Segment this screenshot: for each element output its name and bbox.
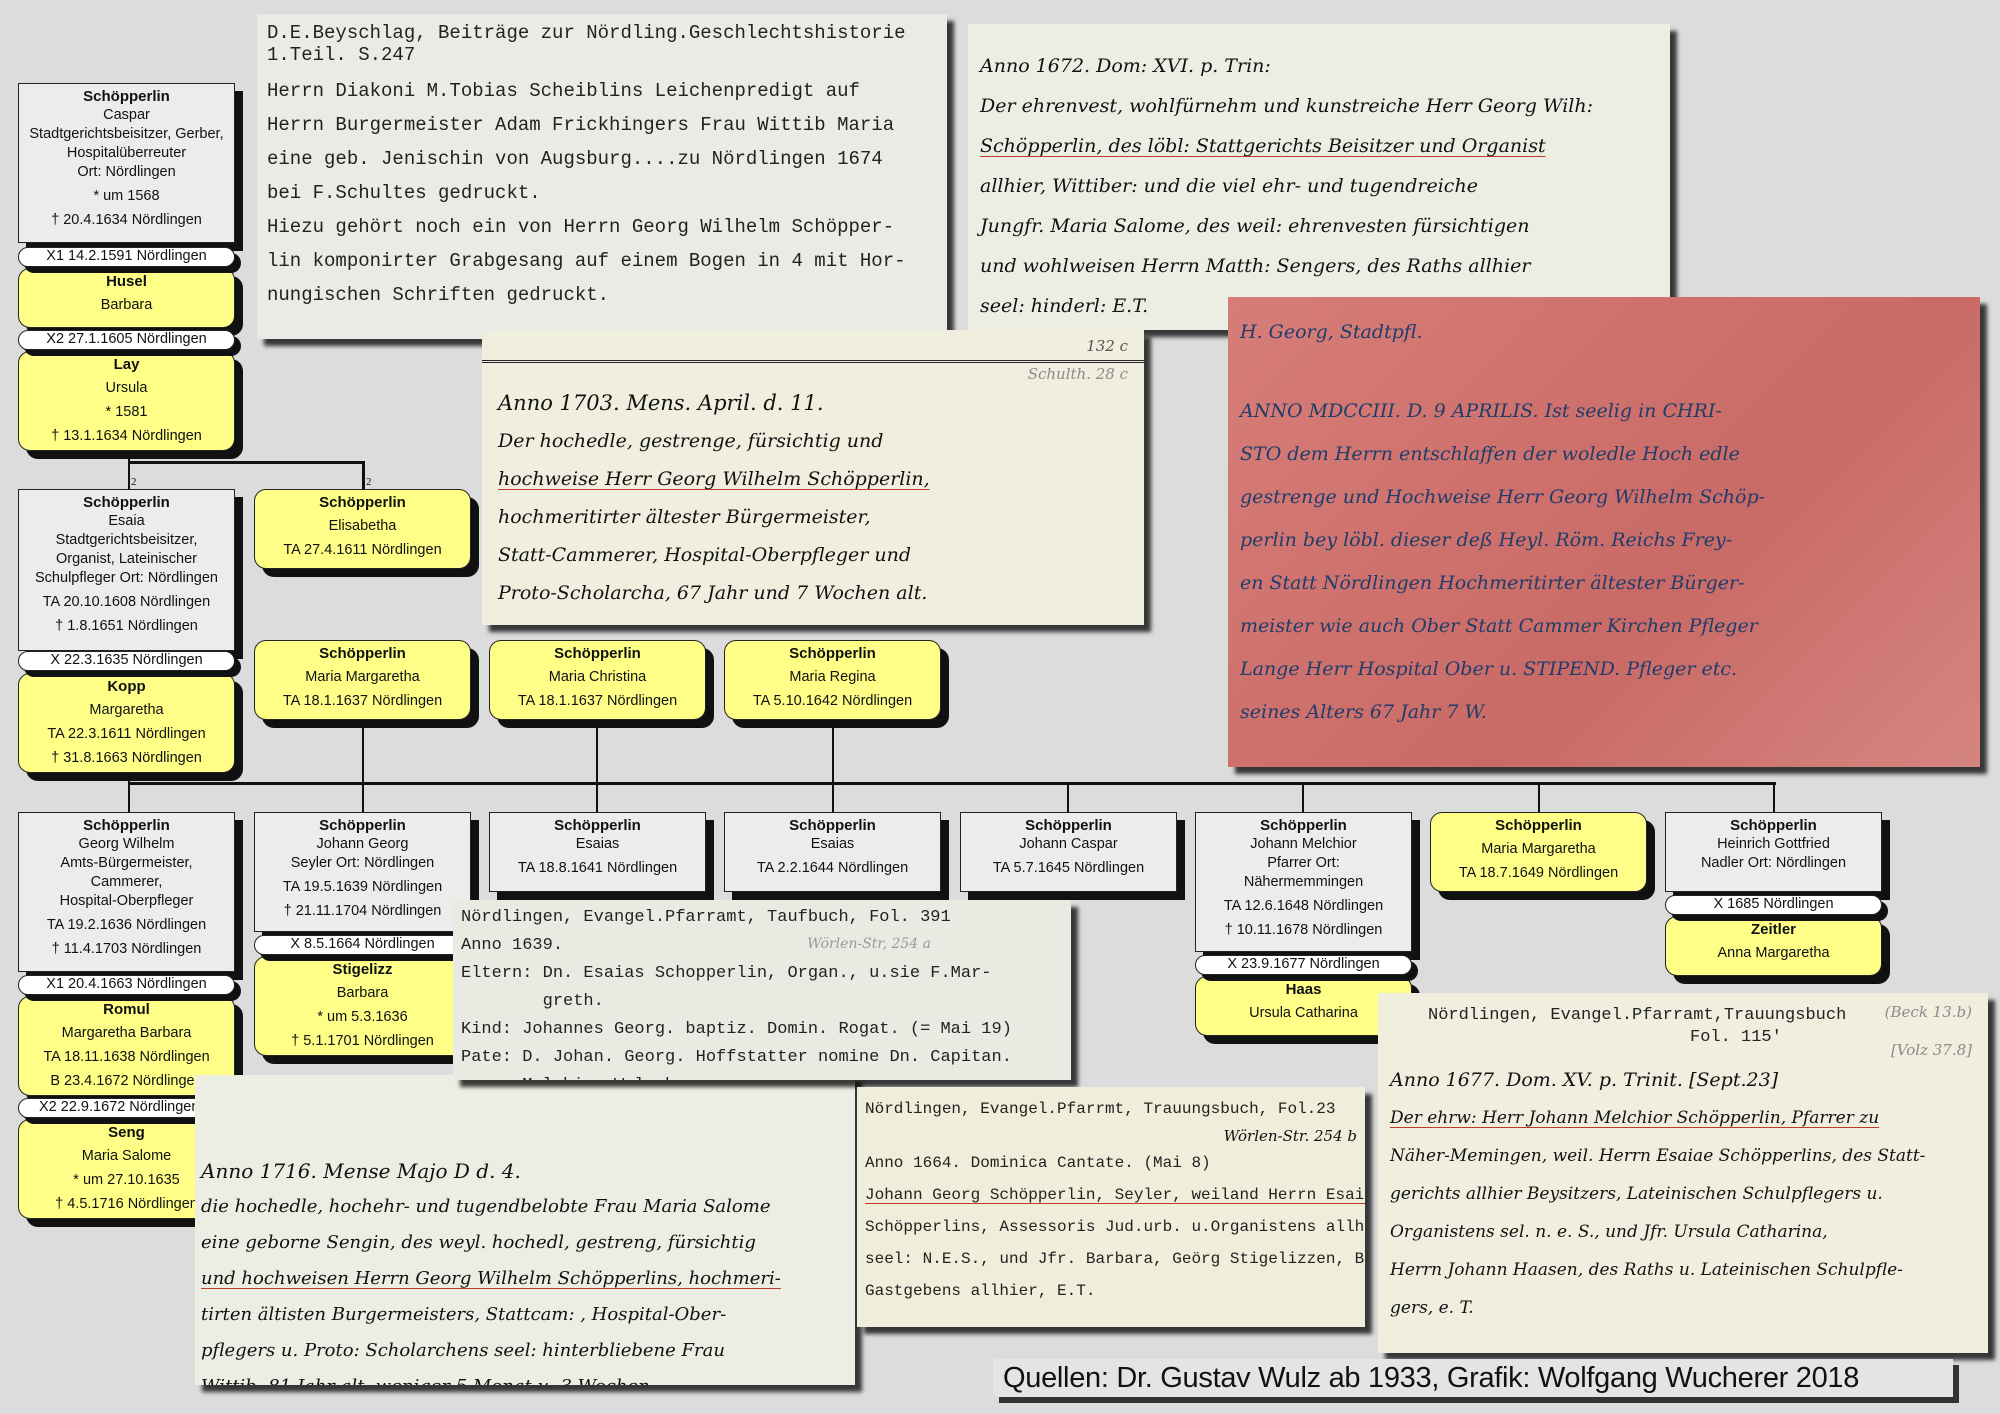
surname: Schöpperlin: [729, 644, 936, 663]
doc-line: hochmeritirter ältester Bürgermeister,: [498, 498, 1128, 536]
given-name: Barbara: [23, 296, 230, 315]
marriage-label: X 8.5.1664 Nördlingen: [254, 935, 471, 955]
given-name: Johann Georg: [259, 835, 466, 854]
doc-line: Eltern: Dn. Esaias Schopperlin, Organ., …: [461, 960, 1063, 988]
doc-line: tirten ältisten Burgermeisters, Stattcam…: [201, 1297, 849, 1333]
connector: [1067, 782, 1069, 812]
death: † 31.8.1663 Nördlingen: [23, 749, 230, 768]
doc-line: nungischen Schriften gedruckt.: [267, 284, 937, 306]
document-taufbuch-1639: Nördlingen, Evangel.Pfarramt, Taufbuch, …: [453, 900, 1071, 1080]
doc-line: 1.Teil. S.247: [267, 44, 937, 66]
occupation: Nadler Ort: Nördlingen: [1670, 854, 1877, 873]
doc-line: Schöpperlins, Assessoris Jud.urb. u.Orga…: [865, 1211, 1357, 1243]
given-name: Johann Caspar: [965, 835, 1172, 854]
doc-line: lin komponirter Grabgesang auf einem Bog…: [267, 250, 937, 272]
doc-line: Organistens sel. n. e. S., und Jfr. Ursu…: [1390, 1213, 1976, 1251]
baptism: TA 18.1.1637 Nördlingen: [494, 692, 701, 711]
connector: [128, 451, 130, 492]
surname: Schöpperlin: [1200, 816, 1407, 835]
birth: * um 1568: [23, 187, 230, 206]
person-stigelizz-barbara[interactable]: Stigelizz Barbara * um 5.3.1636 † 5.1.17…: [254, 956, 471, 1056]
given-name: Maria Margaretha: [259, 668, 466, 687]
baptism: TA 18.7.1649 Nördlingen: [1435, 864, 1642, 883]
person-maria-christina[interactable]: Schöpperlin Maria Christina TA 18.1.1637…: [489, 640, 706, 720]
doc-line: Hiezu gehört noch ein von Herrn Georg Wi…: [267, 216, 937, 238]
person-johann-georg[interactable]: Schöpperlin Johann Georg Seyler Ort: Nör…: [254, 812, 471, 932]
doc-line: Herrn Diakoni M.Tobias Scheiblins Leiche…: [267, 80, 937, 102]
reference-note: [Volz 37.8]: [1891, 1041, 1972, 1059]
death: † 1.8.1651 Nördlingen: [23, 617, 230, 636]
surname: Lay: [23, 355, 230, 374]
doc-header: Fol. 115': [1390, 1027, 1976, 1049]
birth: * um 5.3.1636: [259, 1008, 466, 1027]
person-husel-barbara[interactable]: Husel Barbara: [18, 268, 235, 328]
death: † 20.4.1634 Nördlingen: [23, 211, 230, 230]
surname: Schöpperlin: [23, 493, 230, 512]
baptism: TA 5.7.1645 Nördlingen: [965, 859, 1172, 878]
doc-line: hochweise Herr Georg Wilhelm Schöpperlin…: [498, 460, 1128, 498]
doc-line: Anno 1703. Mens. April. d. 11.: [498, 384, 1128, 422]
source-credit: Quellen: Dr. Gustav Wulz ab 1933, Grafik…: [993, 1359, 1953, 1397]
marriage-label: X 22.3.1635 Nördlingen: [18, 651, 235, 671]
person-caspar[interactable]: Schöpperlin Caspar Stadtgerichtsbeisitze…: [18, 83, 235, 243]
baptism: TA 12.6.1648 Nördlingen: [1200, 897, 1407, 916]
baptism: TA 20.10.1608 Nördlingen: [23, 593, 230, 612]
baptism: TA 5.10.1642 Nördlingen: [729, 692, 936, 711]
given-name: Heinrich Gottfried: [1670, 835, 1877, 854]
marriage-label: X1 14.2.1591 Nördlingen: [18, 247, 235, 267]
doc-line: Anno 1639.: [461, 932, 1063, 960]
baptism: TA 18.11.1638 Nördlingen: [23, 1048, 230, 1067]
doc-line: ANNO MDCCIII. D. 9 APRILIS. Ist seelig i…: [1240, 390, 1968, 433]
marriage-label: X 23.9.1677 Nördlingen: [1195, 955, 1412, 975]
person-zeitler-anna-margaretha[interactable]: Zeitler Anna Margaretha: [1665, 916, 1882, 976]
doc-line: bei F.Schultes gedruckt.: [267, 182, 937, 204]
doc-line: greth.: [461, 988, 1063, 1016]
doc-line: Lange Herr Hospital Ober u. STIPEND. Pfl…: [1240, 648, 1968, 691]
given-name: Anna Margaretha: [1670, 944, 1877, 963]
given-name: Johann Melchior: [1200, 835, 1407, 854]
document-anno-1672: Anno 1672. Dom: XVI. p. Trin: Der ehrenv…: [968, 24, 1670, 330]
doc-line: Gastgebens allhier, E.T.: [865, 1275, 1357, 1307]
person-esaias-1641[interactable]: Schöpperlin Esaias TA 18.8.1641 Nördling…: [489, 812, 706, 892]
doc-line: en Statt Nördlingen Hochmeritirter ältes…: [1240, 562, 1968, 605]
doc-header: Nördlingen, Evangel.Pfarrmt, Trauungsbuc…: [865, 1093, 1357, 1125]
surname: Stigelizz: [259, 960, 466, 979]
surname: Schöpperlin: [965, 816, 1172, 835]
doc-line: perlin bey löbl. dieser deß Heyl. Röm. R…: [1240, 519, 1968, 562]
doc-line: meister wie auch Ober Statt Cammer Kirch…: [1240, 605, 1968, 648]
baptism: TA 2.2.1644 Nördlingen: [729, 859, 936, 878]
occupation: Pfarrer Ort:: [1200, 854, 1407, 873]
document-anno-1716: Anno 1716. Mense Majo D d. 4. die hoched…: [195, 1075, 855, 1385]
connector: [596, 724, 598, 812]
doc-line: gers, e. T.: [1390, 1289, 1976, 1327]
doc-line: Anno 1664. Dominica Cantate. (Mai 8): [865, 1147, 1357, 1179]
doc-line: Melchior Welschen: [461, 1072, 1063, 1080]
given-name: Maria Margaretha: [1435, 840, 1642, 859]
given-name: Esaias: [494, 835, 701, 854]
person-maria-margaretha-1637[interactable]: Schöpperlin Maria Margaretha TA 18.1.163…: [254, 640, 471, 720]
doc-line: Proto-Scholarcha, 67 Jahr und 7 Wochen a…: [498, 574, 1128, 612]
place: Ort: Nördlingen: [23, 163, 230, 182]
doc-line: gestrenge und Hochweise Herr Georg Wilhe…: [1240, 476, 1968, 519]
death: † 5.1.1701 Nördlingen: [259, 1032, 466, 1051]
given-name: Elisabetha: [259, 517, 466, 536]
person-kopp-margaretha[interactable]: Kopp Margaretha TA 22.3.1611 Nördlingen …: [18, 673, 235, 773]
given-name: Barbara: [259, 984, 466, 1003]
surname: Schöpperlin: [494, 644, 701, 663]
doc-line: Der ehrenvest, wohlfürnehm und kunstreic…: [980, 86, 1658, 126]
doc-line: Wittib, 81 Jahr alt, weniger 5 Monat u. …: [201, 1369, 849, 1385]
reference-note: Schulth. 28 c: [498, 364, 1128, 384]
doc-line: Kind: Johannes Georg. baptiz. Domin. Rog…: [461, 1016, 1063, 1044]
surname: Kopp: [23, 677, 230, 696]
surname: Schöpperlin: [259, 816, 466, 835]
person-johann-caspar[interactable]: Schöpperlin Johann Caspar TA 5.7.1645 Nö…: [960, 812, 1177, 892]
doc-line: Anno 1672. Dom: XVI. p. Trin:: [980, 46, 1658, 86]
child-marker: 2: [366, 476, 372, 488]
surname: Schöpperlin: [729, 816, 936, 835]
occupation: Amts-Bürgermeister,: [23, 854, 230, 873]
given-name: Georg Wilhelm: [23, 835, 230, 854]
surname: Schöpperlin: [259, 644, 466, 663]
doc-line: Herrn Johann Haasen, des Raths u. Latein…: [1390, 1251, 1976, 1289]
person-esaia[interactable]: Schöpperlin Esaia Stadtgerichtsbeisitzer…: [18, 489, 235, 651]
marriage-label: X1 20.4.1663 Nördlingen: [18, 975, 235, 995]
doc-line: seel: N.E.S., und Jfr. Barbara, Geörg St…: [865, 1243, 1357, 1275]
occupation: Stadtgerichtsbeisitzer, Gerber, Hospital…: [23, 125, 230, 163]
person-maria-margaretha-1649[interactable]: Schöpperlin Maria Margaretha TA 18.7.164…: [1430, 812, 1647, 892]
connector: [362, 724, 364, 812]
connector: [362, 461, 365, 492]
surname: Schöpperlin: [1435, 816, 1642, 835]
reference-note: (Beck 13.b): [1885, 1003, 1972, 1021]
birth: * 1581: [23, 403, 230, 422]
occupation: Cammerer,: [23, 873, 230, 892]
death: † 21.11.1704 Nördlingen: [259, 902, 466, 921]
place: Nähermemmingen: [1200, 873, 1407, 892]
person-maria-regina[interactable]: Schöpperlin Maria Regina TA 5.10.1642 Nö…: [724, 640, 941, 720]
surname: Schöpperlin: [494, 816, 701, 835]
doc-header: Nördlingen, Evangel.Pfarramt, Taufbuch, …: [461, 904, 1063, 932]
connector: [832, 724, 834, 812]
doc-line: und wohlweisen Herrn Matth: Sengers, des…: [980, 246, 1658, 286]
doc-line: Der hochedle, gestrenge, fürsichtig und: [498, 422, 1128, 460]
doc-line: Schöpperlin, des löbl: Stattgerichts Bei…: [980, 126, 1658, 166]
doc-line: Näher-Memingen, weil. Herrn Esaiae Schöp…: [1390, 1137, 1976, 1175]
doc-line: gerichts allhier Beysitzers, Lateinische…: [1390, 1175, 1976, 1213]
doc-line: STO dem Herrn entschlaffen der woledle H…: [1240, 433, 1968, 476]
doc-line: Herrn Burgermeister Adam Frickhingers Fr…: [267, 114, 937, 136]
death: † 10.11.1678 Nördlingen: [1200, 921, 1407, 940]
reference-note: Wörlen-Str. 254 b: [865, 1125, 1357, 1147]
death: † 13.1.1634 Nördlingen: [23, 427, 230, 446]
reference-note: Wörlen-Str, 254 a: [807, 930, 931, 958]
doc-line: Anno 1716. Mense Majo D d. 4.: [201, 1153, 849, 1189]
connector: [1538, 782, 1540, 812]
doc-line: eine geb. Jenischin von Augsburg....zu N…: [267, 148, 937, 170]
person-johann-melchior[interactable]: Schöpperlin Johann Melchior Pfarrer Ort:…: [1195, 812, 1412, 952]
given-name: Maria Christina: [494, 668, 701, 687]
document-red-death-card: H. Georg, Stadtpfl. ANNO MDCCIII. D. 9 A…: [1228, 297, 1980, 767]
doc-line: eine geborne Sengin, des weyl. hochedl, …: [201, 1225, 849, 1261]
baptism: TA 19.2.1636 Nördlingen: [23, 916, 230, 935]
surname: Schöpperlin: [1670, 816, 1877, 835]
connector: [128, 772, 130, 812]
baptism: TA 27.4.1611 Nördlingen: [259, 541, 466, 560]
baptism: TA 18.8.1641 Nördlingen: [494, 859, 701, 878]
given-name: Caspar: [23, 106, 230, 125]
given-name: Ursula Catharina: [1200, 1004, 1407, 1023]
doc-line: die hochedle, hochehr- und tugendbelobte…: [201, 1189, 849, 1225]
document-anno-1703: 132 c Schulth. 28 c Anno 1703. Mens. Apr…: [482, 330, 1144, 625]
marriage-label: X2 27.1.1605 Nördlingen: [18, 330, 235, 350]
doc-line: Statt-Cammerer, Hospital-Oberpfleger und: [498, 536, 1128, 574]
surname: Schöpperlin: [23, 87, 230, 106]
person-heinrich-gottfried[interactable]: Schöpperlin Heinrich Gottfried Nadler Or…: [1665, 812, 1882, 892]
occupation: Hospital-Oberpfleger: [23, 892, 230, 911]
surname: Schöpperlin: [23, 816, 230, 835]
surname: Husel: [23, 272, 230, 291]
connector: [128, 782, 1776, 785]
baptism: TA 22.3.1611 Nördlingen: [23, 725, 230, 744]
death: † 11.4.1703 Nördlingen: [23, 940, 230, 959]
given-name: Maria Regina: [729, 668, 936, 687]
doc-line: und hochweisen Herrn Georg Wilhelm Schöp…: [201, 1261, 849, 1297]
person-lay-ursula[interactable]: Lay Ursula * 1581 † 13.1.1634 Nördlingen: [18, 351, 235, 451]
connector: [1302, 782, 1304, 812]
baptism: TA 18.1.1637 Nördlingen: [259, 692, 466, 711]
given-name: Ursula: [23, 379, 230, 398]
person-esaias-1644[interactable]: Schöpperlin Esaias TA 2.2.1644 Nördlinge…: [724, 812, 941, 892]
surname: Schöpperlin: [259, 493, 466, 512]
surname: Romul: [23, 1000, 230, 1019]
doc-line: pflegers u. Proto: Scholarchens seel: hi…: [201, 1333, 849, 1369]
reference-note: 132 c: [498, 336, 1128, 356]
given-name: Esaias: [729, 835, 936, 854]
person-georg-wilhelm[interactable]: Schöpperlin Georg Wilhelm Amts-Bürgermei…: [18, 812, 235, 972]
doc-line: Pate: D. Johan. Georg. Hoffstatter nomin…: [461, 1044, 1063, 1072]
occupation: Organist, Lateinischer: [23, 550, 230, 569]
document-trauungsbuch-1664: Nördlingen, Evangel.Pfarrmt, Trauungsbuc…: [857, 1087, 1365, 1327]
given-name: Margaretha: [23, 701, 230, 720]
doc-line: seines Alters 67 Jahr 7 W.: [1240, 691, 1968, 734]
doc-line: Johann Georg Schöpperlin, Seyler, weilan…: [865, 1179, 1357, 1211]
marriage-label: X 1685 Nördlingen: [1665, 895, 1882, 915]
surname: Haas: [1200, 980, 1407, 999]
doc-line: begr. m. Morgens u. Leiche.: [1240, 758, 1968, 767]
given-name: Margaretha Barbara: [23, 1024, 230, 1043]
doc-line: Jungfr. Maria Salome, des weil: ehrenves…: [980, 206, 1658, 246]
doc-line: Anno 1677. Dom. XV. p. Trinit. [Sept.23]: [1390, 1061, 1976, 1099]
document-trauungsbuch-1677: Nördlingen, Evangel.Pfarramt,Trauungsbuc…: [1378, 993, 1988, 1353]
child-marker: 2: [131, 476, 137, 488]
person-elisabetha[interactable]: Schöpperlin Elisabetha TA 27.4.1611 Nörd…: [254, 489, 471, 569]
given-name: Esaia: [23, 512, 230, 531]
document-beyschlag: D.E.Beyschlag, Beiträge zur Nördling.Ges…: [257, 14, 947, 339]
occupation: Stadtgerichtsbeisitzer,: [23, 531, 230, 550]
occupation: Schulpfleger Ort: Nördlingen: [23, 569, 230, 588]
surname: Zeitler: [1670, 920, 1877, 939]
connector: [1773, 782, 1775, 812]
doc-line: Der ehrw: Herr Johann Melchior Schöpperl…: [1390, 1099, 1976, 1137]
baptism: TA 19.5.1639 Nördlingen: [259, 878, 466, 897]
connector: [128, 461, 364, 464]
occupation: Seyler Ort: Nördlingen: [259, 854, 466, 873]
doc-line: H. Georg, Stadtpfl.: [1240, 311, 1968, 354]
doc-line: D.E.Beyschlag, Beiträge zur Nördling.Ges…: [267, 22, 937, 44]
doc-line: allhier, Wittiber: und die viel ehr- und…: [980, 166, 1658, 206]
